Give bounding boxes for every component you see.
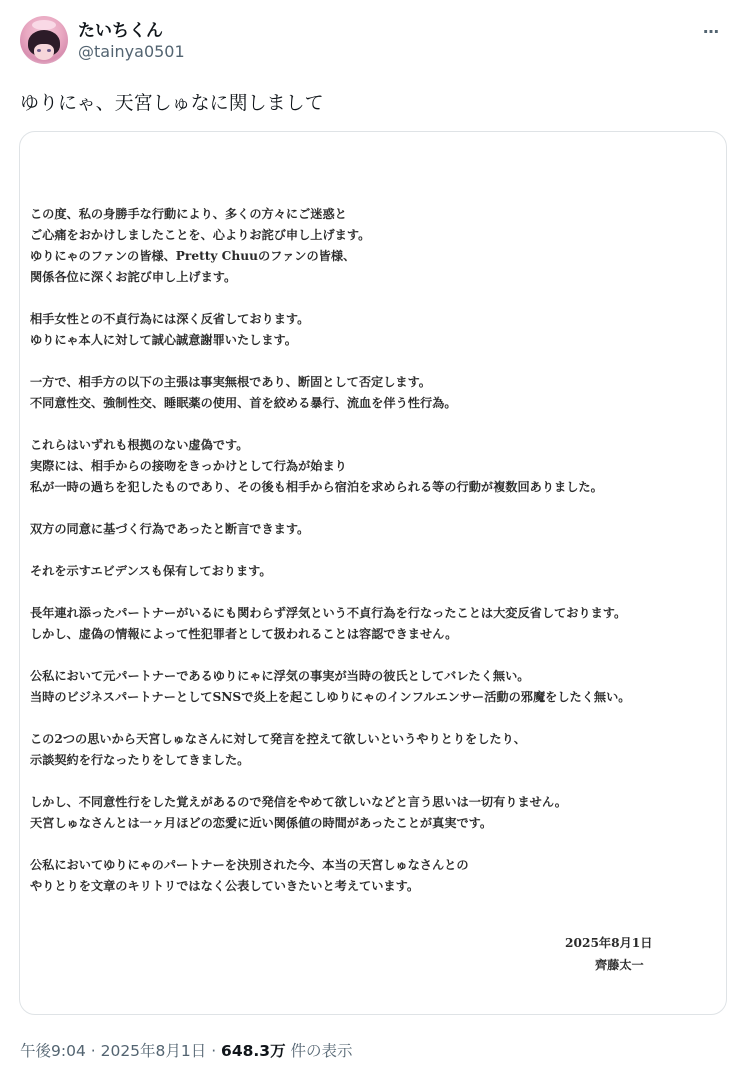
avatar-eye-shape: [37, 49, 41, 52]
statement-paragraph: しかし、不同意性行をした覚えがあるので発信をやめて欲しいなどと言う思いは一切有り…: [30, 792, 720, 834]
tweet-meta: 午後9:04 · 2025年8月1日 · 648.3万 件の表示: [20, 1039, 353, 1061]
author-display-name[interactable]: たいちくん: [78, 16, 163, 41]
statement-paragraph: この度、私の身勝手な行動により、多くの方々にご迷惑とご心痛をおかけしましたことを…: [30, 204, 720, 288]
views-label: 件の表示: [286, 1042, 353, 1060]
author-handle[interactable]: @tainya0501: [78, 42, 185, 61]
statement-line: 公私において元パートナーであるゆりにゃに浮気の事実が当時の彼氏としてバレたく無い…: [30, 666, 720, 687]
tweet-time[interactable]: 午後9:04: [20, 1042, 86, 1060]
statement-line: 関係各位に深くお詫び申し上げます。: [30, 267, 720, 288]
statement-date: 2025年8月1日: [565, 936, 652, 950]
statement-paragraph: それを示すエビデンスも保有しております。: [30, 561, 720, 582]
statement-line: しかし、不同意性行をした覚えがあるので発信をやめて欲しいなどと言う思いは一切有り…: [30, 792, 720, 813]
avatar-face-shape: [34, 44, 54, 60]
statement-line: 双方の同意に基づく行為であったと断言できます。: [30, 519, 720, 540]
statement-line: 一方で、相手方の以下の主張は事実無根であり、断固として否定します。: [30, 372, 720, 393]
statement-paragraph: 一方で、相手方の以下の主張は事実無根であり、断固として否定します。不同意性交、強…: [30, 372, 720, 414]
statement-paragraph: 双方の同意に基づく行為であったと断言できます。: [30, 519, 720, 540]
statement-paragraph: 公私においてゆりにゃのパートナーを決別された今、本当の天宮しゅなさんとのやりとり…: [30, 855, 720, 897]
statement-line: 公私においてゆりにゃのパートナーを決別された今、本当の天宮しゅなさんとの: [30, 855, 720, 876]
statement-line: ご心痛をおかけしましたことを、心よりお詫び申し上げます。: [30, 225, 720, 246]
statement-line: 示談契約を行なったりをしてきました。: [30, 750, 720, 771]
views-count: 648.3万: [221, 1042, 286, 1060]
statement-line: これらはいずれも根拠のない虚偽です。: [30, 435, 720, 456]
avatar-bow-shape: [32, 20, 56, 30]
statement-signer: 齊藤太一: [565, 954, 652, 976]
statement-paragraph: 公私において元パートナーであるゆりにゃに浮気の事実が当時の彼氏としてバレたく無い…: [30, 666, 720, 708]
attached-image[interactable]: この度、私の身勝手な行動により、多くの方々にご迷惑とご心痛をおかけしましたことを…: [19, 131, 727, 1015]
avatar-eye-shape: [47, 49, 51, 52]
statement-paragraph: この2つの思いから天宮しゅなさんに対して発言を控えて欲しいというやりとりをしたり…: [30, 729, 720, 771]
statement-signature: 2025年8月1日 齊藤太一: [565, 932, 652, 976]
statement-paragraph: 相手女性との不貞行為には深く反省しております。ゆりにゃ本人に対して誠心誠意謝罪い…: [30, 309, 720, 351]
tweet-text: ゆりにゃ、天宮しゅなに関しまして: [20, 88, 324, 115]
statement-line: 不同意性交、強制性交、睡眠薬の使用、首を絞める暴行、流血を伴う性行為。: [30, 393, 720, 414]
tweet-date[interactable]: 2025年8月1日: [101, 1042, 207, 1060]
statement-line: しかし、虚偽の情報によって性犯罪者として扱われることは容認できません。: [30, 624, 720, 645]
statement-line: 実際には、相手からの接吻をきっかけとして行為が始まり: [30, 456, 720, 477]
statement-line: それを示すエビデンスも保有しております。: [30, 561, 720, 582]
statement-line: 相手女性との不貞行為には深く反省しております。: [30, 309, 720, 330]
statement-line: 私が一時の過ちを犯したものであり、その後も相手から宿泊を求められる等の行動が複数…: [30, 477, 720, 498]
statement-line: この度、私の身勝手な行動により、多くの方々にご迷惑と: [30, 204, 720, 225]
statement-paragraph: 長年連れ添ったパートナーがいるにも関わらず浮気という不貞行為を行なったことは大変…: [30, 603, 720, 645]
meta-separator: ·: [206, 1042, 221, 1060]
statement-line: この2つの思いから天宮しゅなさんに対して発言を控えて欲しいというやりとりをしたり…: [30, 729, 720, 750]
statement-line: 長年連れ添ったパートナーがいるにも関わらず浮気という不貞行為を行なったことは大変…: [30, 603, 720, 624]
meta-separator: ·: [86, 1042, 101, 1060]
statement-line: ゆりにゃのファンの皆様、Pretty Chuuのファンの皆様、: [30, 246, 720, 267]
statement-line: 天宮しゅなさんとは一ヶ月ほどの恋愛に近い関係値の時間があったことが真実です。: [30, 813, 720, 834]
statement-paragraph: これらはいずれも根拠のない虚偽です。実際には、相手からの接吻をきっかけとして行為…: [30, 435, 720, 498]
statement-document: この度、私の身勝手な行動により、多くの方々にご迷惑とご心痛をおかけしましたことを…: [30, 204, 720, 918]
statement-line: ゆりにゃ本人に対して誠心誠意謝罪いたします。: [30, 330, 720, 351]
more-options-icon[interactable]: …: [703, 18, 720, 37]
avatar[interactable]: [20, 16, 68, 64]
statement-line: やりとりを文章のキリトリではなく公表していきたいと考えています。: [30, 876, 720, 897]
statement-line: 当時のビジネスパートナーとしてSNSで炎上を起こしゆりにゃのインフルエンサー活動…: [30, 687, 720, 708]
tweet-header: たいちくん @tainya0501 …: [0, 0, 748, 80]
